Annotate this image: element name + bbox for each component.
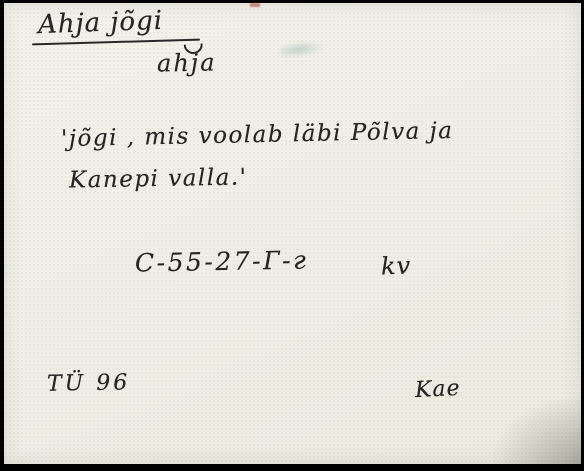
scan-corner-shadow (491, 394, 581, 464)
map-sheet-code: C-55-27-Г-г (135, 245, 309, 277)
collector-notation: Kae (414, 376, 461, 403)
headword: Ahja jõgi (38, 6, 164, 40)
source-notation: TÜ 96 (47, 370, 131, 396)
index-card: Ahja jõgi ahja 'jõgi , mis voolab läbi P… (4, 3, 581, 464)
scan-background: Ahja jõgi ahja 'jõgi , mis voolab läbi P… (0, 0, 584, 471)
definition-line-1: 'jõgi , mis voolab läbi Põlva ja (61, 118, 454, 152)
pronunciation: ahja (157, 48, 217, 77)
headword-underline (32, 39, 200, 46)
ink-smudge (279, 38, 327, 60)
scan-artifact (250, 3, 260, 7)
map-code-note: kv (381, 251, 412, 280)
definition-line-2: Kanepi valla.' (69, 164, 248, 193)
